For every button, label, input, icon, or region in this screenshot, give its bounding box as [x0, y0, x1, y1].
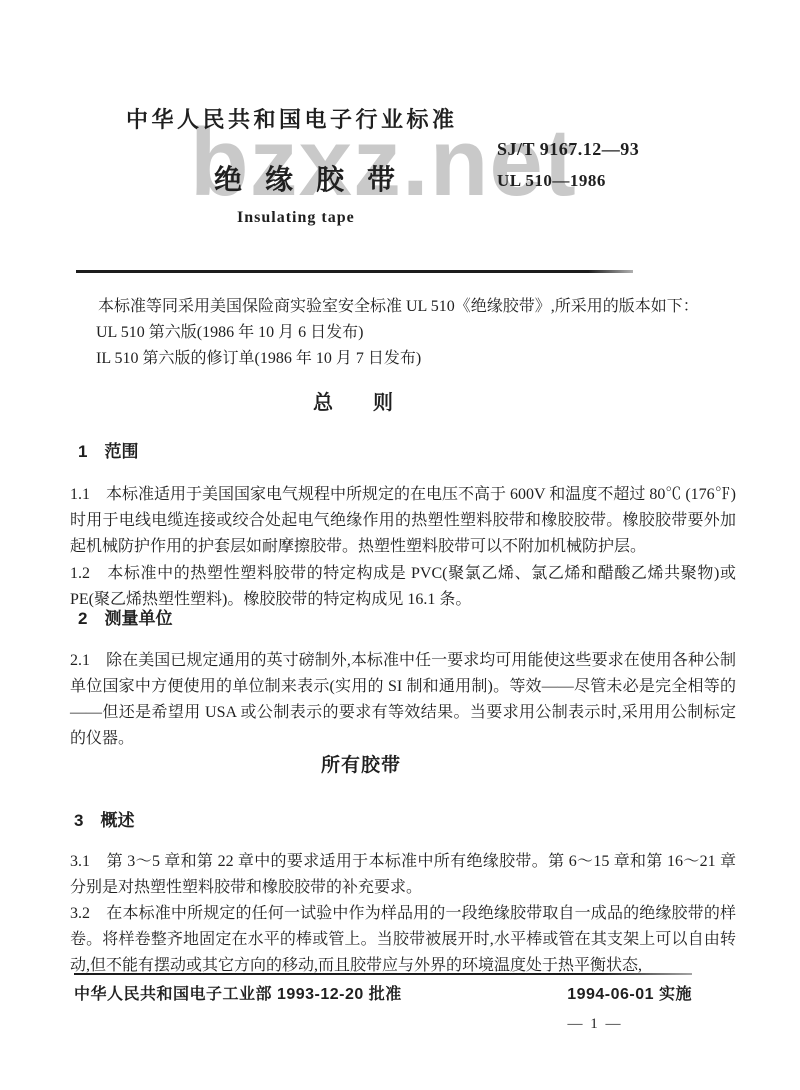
page-number: — 1 — — [560, 1016, 630, 1033]
standard-number: SJ/T 9167.12—93 — [497, 139, 639, 160]
clause-3-1-paragraph: 3.1 第 3～5 章和第 22 章中的要求适用于本标准中所有绝缘胶带。第 6～… — [70, 849, 736, 901]
header-divider-rule — [76, 270, 633, 273]
section-2-units-heading: 2 测量单位 — [78, 604, 172, 629]
general-provisions-heading: 总 则 — [0, 386, 706, 415]
footer-divider-rule — [74, 973, 692, 975]
preface-version-line: IL 510 第六版的修订单(1986 年 10 月 7 日发布) — [96, 346, 736, 372]
preface-version-line: UL 510 第六版(1986 年 10 月 6 日发布) — [96, 320, 736, 346]
clause-2-1-paragraph: 2.1 除在美国已规定通用的英寸磅制外,本标准中任一要求均可用能使这些要求在使用… — [70, 648, 736, 752]
document-title-english: Insulating tape — [237, 209, 355, 227]
approval-line: 中华人民共和国电子工业部 1993-12-20 批准 — [74, 981, 402, 1004]
preface-block: 本标准等同采用美国保险商实验室安全标准 UL 510《绝缘胶带》,所采用的版本如… — [70, 294, 736, 372]
section-3-overview-heading: 3 概述 — [74, 806, 134, 831]
document-page: bzxz.net 中华人民共和国电子行业标准 SJ/T 9167.12—93 绝… — [0, 0, 800, 1090]
section-1-scope-heading: 1 范围 — [78, 437, 138, 462]
clause-3-2-paragraph: 3.2 在本标准中所规定的任何一试验中作为样品用的一段绝缘胶带取自一成品的绝缘胶… — [70, 901, 736, 979]
reference-standard-number: UL 510—1986 — [497, 171, 606, 191]
implementation-date: 1994-06-01 实施 — [567, 981, 692, 1004]
all-tapes-heading: 所有胶带 — [0, 750, 722, 777]
clause-1-1-paragraph: 1.1 本标准适用于美国国家电气规程中所规定的在电压不高于 600V 和温度不超… — [70, 482, 736, 560]
preface-intro: 本标准等同采用美国保险商实验室安全标准 UL 510《绝缘胶带》,所采用的版本如… — [70, 294, 736, 320]
document-title-chinese: 绝缘胶带 — [214, 158, 418, 198]
standard-org-line: 中华人民共和国电子行业标准 — [126, 103, 458, 134]
